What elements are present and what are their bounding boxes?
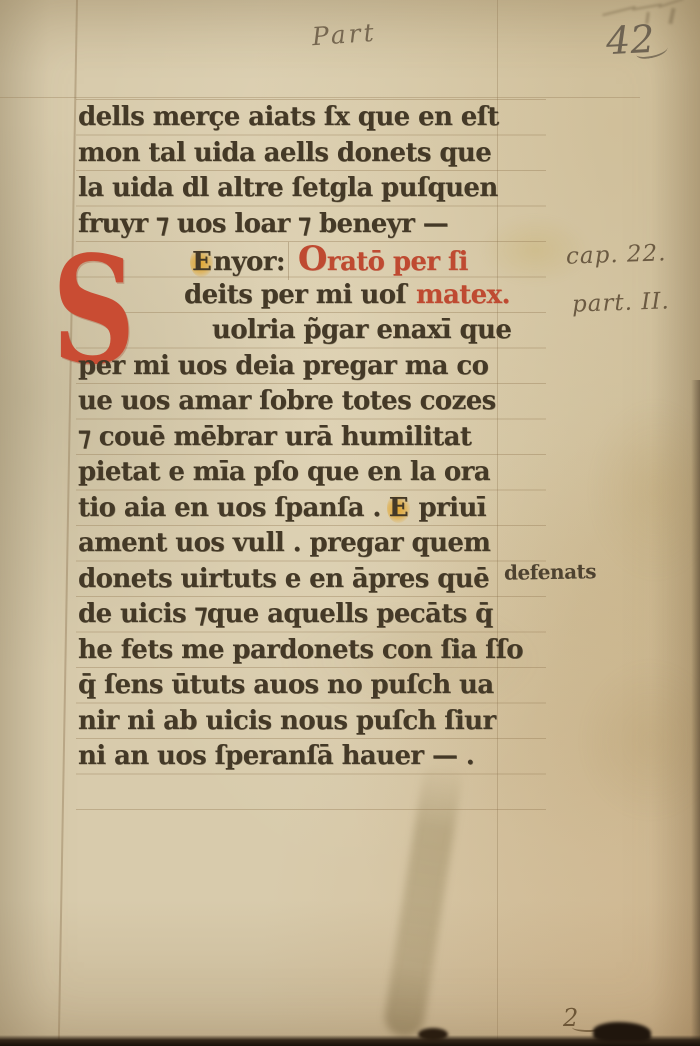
rubric-text: ratō per ſi [327, 247, 468, 277]
text-line: nir ni ab uicis nous puſch ſiur [78, 704, 568, 740]
text-segment: ament uos vull . pregar quem [78, 528, 490, 558]
manuscript-page: Part 42 cap. 22. part. II. defenats S de… [0, 0, 700, 1046]
text-segment: per mi uos deia pregar ma co [78, 351, 488, 381]
text-line: la uida dl altre ſetgla puſquen [78, 171, 568, 207]
text-line: ue uos amar ſobre totes cozes [78, 384, 568, 420]
text-segment: ue uos amar ſobre totes cozes [78, 386, 496, 416]
ruling-line-horizontal [0, 97, 640, 98]
text-segment: dells merçe aiats ſx que en eſt [78, 102, 499, 132]
text-line: uolria p̃gar enaxī que [78, 313, 568, 349]
photo-edge-blob [418, 1028, 448, 1041]
text-block: dells merçe aiats ſx que en eſt mon tal … [78, 100, 568, 775]
text-line: donets uirtuts e en āpres quē [78, 562, 568, 598]
text-segment: q̄ ſens ūtuts auos no puſch ua [78, 670, 494, 700]
text-segment: he fets me pardonets con ſia ſſo [78, 635, 523, 665]
yellow-touched-initial: E [190, 247, 213, 277]
stain [580, 660, 700, 820]
text-line: pietat e mīa pſo que en la ora [78, 455, 568, 491]
margin-part-note: part. II. [572, 288, 671, 317]
text-segment: uolria p̃gar enaxī que [212, 315, 511, 345]
text-segment: nir ni ab uicis nous puſch ſiur [78, 706, 496, 736]
ruling-line-vertical-left [58, 0, 78, 1046]
text-segment: donets uirtuts e en āpres quē [78, 564, 489, 594]
text-segment: mon tal uida aells donets que [78, 138, 491, 168]
text-segment: fruyr ⁊ uos loar ⁊ beneyr — [78, 209, 448, 239]
rubric-text: matex. [416, 280, 510, 310]
text-line: ⁊ couē mēbrar urā humilitat [78, 420, 568, 456]
text-segment: la uida dl altre ſetgla puſquen [78, 173, 498, 203]
text-segment: nyor: [213, 247, 285, 277]
yellow-touched-initial: E [387, 493, 410, 523]
folio-number: 42 [605, 17, 656, 63]
text-segment: ⁊ couē mēbrar urā humilitat [78, 422, 471, 452]
text-segment: priuī [410, 493, 486, 523]
text-segment: ni an uos ſperanſā hauer — . [78, 741, 474, 771]
text-line: he fets me pardonets con ſia ſſo [78, 633, 568, 669]
text-line: per mi uos deia pregar ma co [78, 349, 568, 385]
text-line: fruyr ⁊ uos loar ⁊ beneyr — [78, 207, 568, 243]
text-line-rubric: Enyor:Oratō per ſi [78, 242, 568, 278]
text-line: tio aia en uos ſpanſa .E priuī [78, 491, 568, 527]
text-line: ni an uos ſperanſā hauer — . [78, 739, 568, 775]
text-segment: tio aia en uos ſpanſa . [78, 493, 381, 523]
page-edge-shadow [691, 380, 700, 1046]
text-line: ament uos vull . pregar quem [78, 526, 568, 562]
margin-chapter-note: cap. 22. [566, 240, 667, 269]
text-segment: pietat e mīa pſo que en la ora [78, 457, 490, 487]
page-header: Part [311, 18, 377, 51]
photo-edge-blob [593, 1022, 651, 1042]
quire-mark: 2 [563, 1004, 578, 1032]
text-segment: deits per mi uoſ [184, 280, 406, 310]
text-line-rubric: deits per mi uoſmatex. [78, 278, 568, 314]
text-line: dells merçe aiats ſx que en eſt [78, 100, 568, 136]
rubric-initial: O [298, 239, 327, 279]
stain [590, 400, 700, 580]
text-segment: de uicis ⁊que aquells pecāts q̄ [78, 599, 493, 629]
text-line: q̄ ſens ūtuts auos no puſch ua [78, 668, 568, 704]
text-line: de uicis ⁊que aquells pecāts q̄ [78, 597, 568, 633]
text-line: mon tal uida aells donets que [78, 136, 568, 172]
